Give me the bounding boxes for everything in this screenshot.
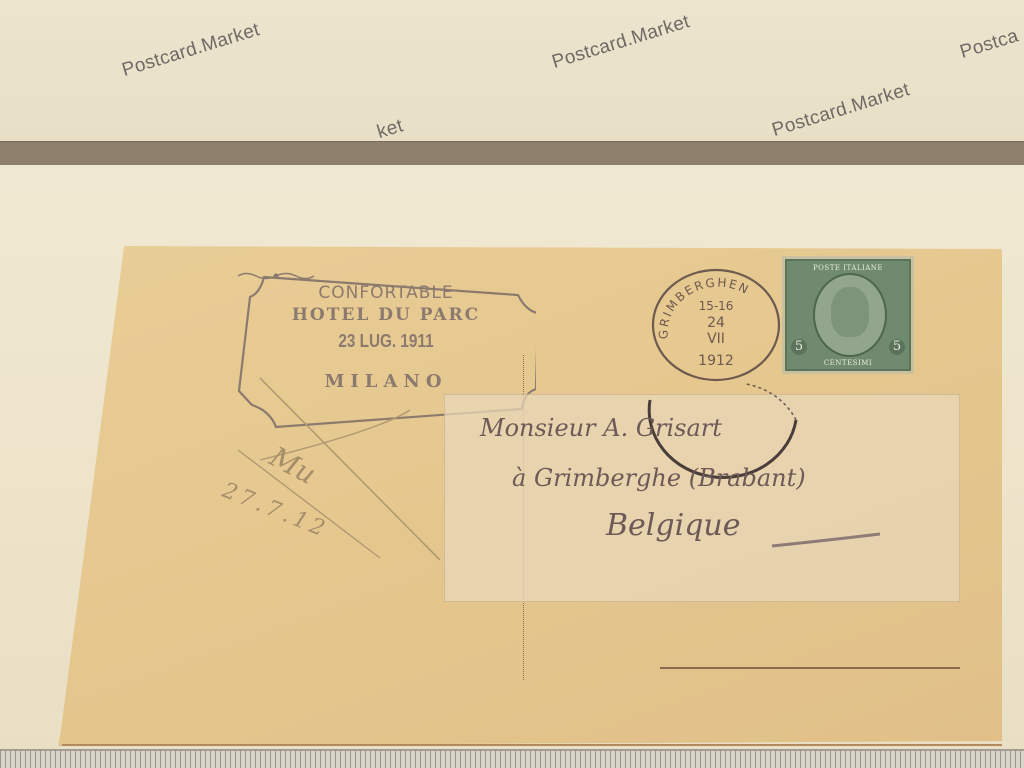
stamp-unit: CENTESIMI xyxy=(787,359,909,367)
watermark-text: Postcard.Market xyxy=(550,11,693,74)
stamp-value-left: 5 xyxy=(791,339,807,355)
cachet-line-2: HOTEL DU PARC xyxy=(236,305,536,325)
postmark-time: 15-16 xyxy=(650,299,782,313)
postmark-year: 1912 xyxy=(650,353,782,369)
pencil-marks-icon xyxy=(230,370,450,570)
watermark-text: Postca xyxy=(958,25,1022,64)
postcard-bottom-edge xyxy=(62,744,1002,746)
watermark-text: Postcard.Market xyxy=(770,79,913,142)
king-portrait-icon xyxy=(831,287,869,337)
address-line-2: à Grimberghe (Brabant) xyxy=(512,464,806,492)
ornament-icon xyxy=(236,271,316,281)
grimberghen-postmark: GRIMBERGHEN 15-16 24 VII 1912 xyxy=(650,267,782,383)
measuring-ruler xyxy=(0,749,1024,768)
album-divider-band xyxy=(0,141,1024,166)
address-line-1: Monsieur A. Grisart xyxy=(480,414,722,442)
stamp-country: POSTE ITALIANE xyxy=(787,264,909,272)
cachet-line-1: CONFORTABLE xyxy=(236,283,536,303)
postage-stamp: POSTE ITALIANE 5 5 CENTESIMI xyxy=(782,256,914,374)
postmark-day: 24 xyxy=(650,315,782,331)
watermark-fragment: ket xyxy=(375,115,407,144)
cachet-date: 23 LUG. 1911 xyxy=(259,331,514,352)
underline-stroke xyxy=(770,530,890,550)
address-line xyxy=(660,667,960,669)
postmark-month: VII xyxy=(650,331,782,347)
watermark-text: Postcard.Market xyxy=(120,19,263,82)
watermark-sheet: Postcard.Market Postcard.Market Postca P… xyxy=(0,0,1024,144)
address-line-3: Belgique xyxy=(606,508,740,543)
stamp-value-right: 5 xyxy=(889,339,905,355)
